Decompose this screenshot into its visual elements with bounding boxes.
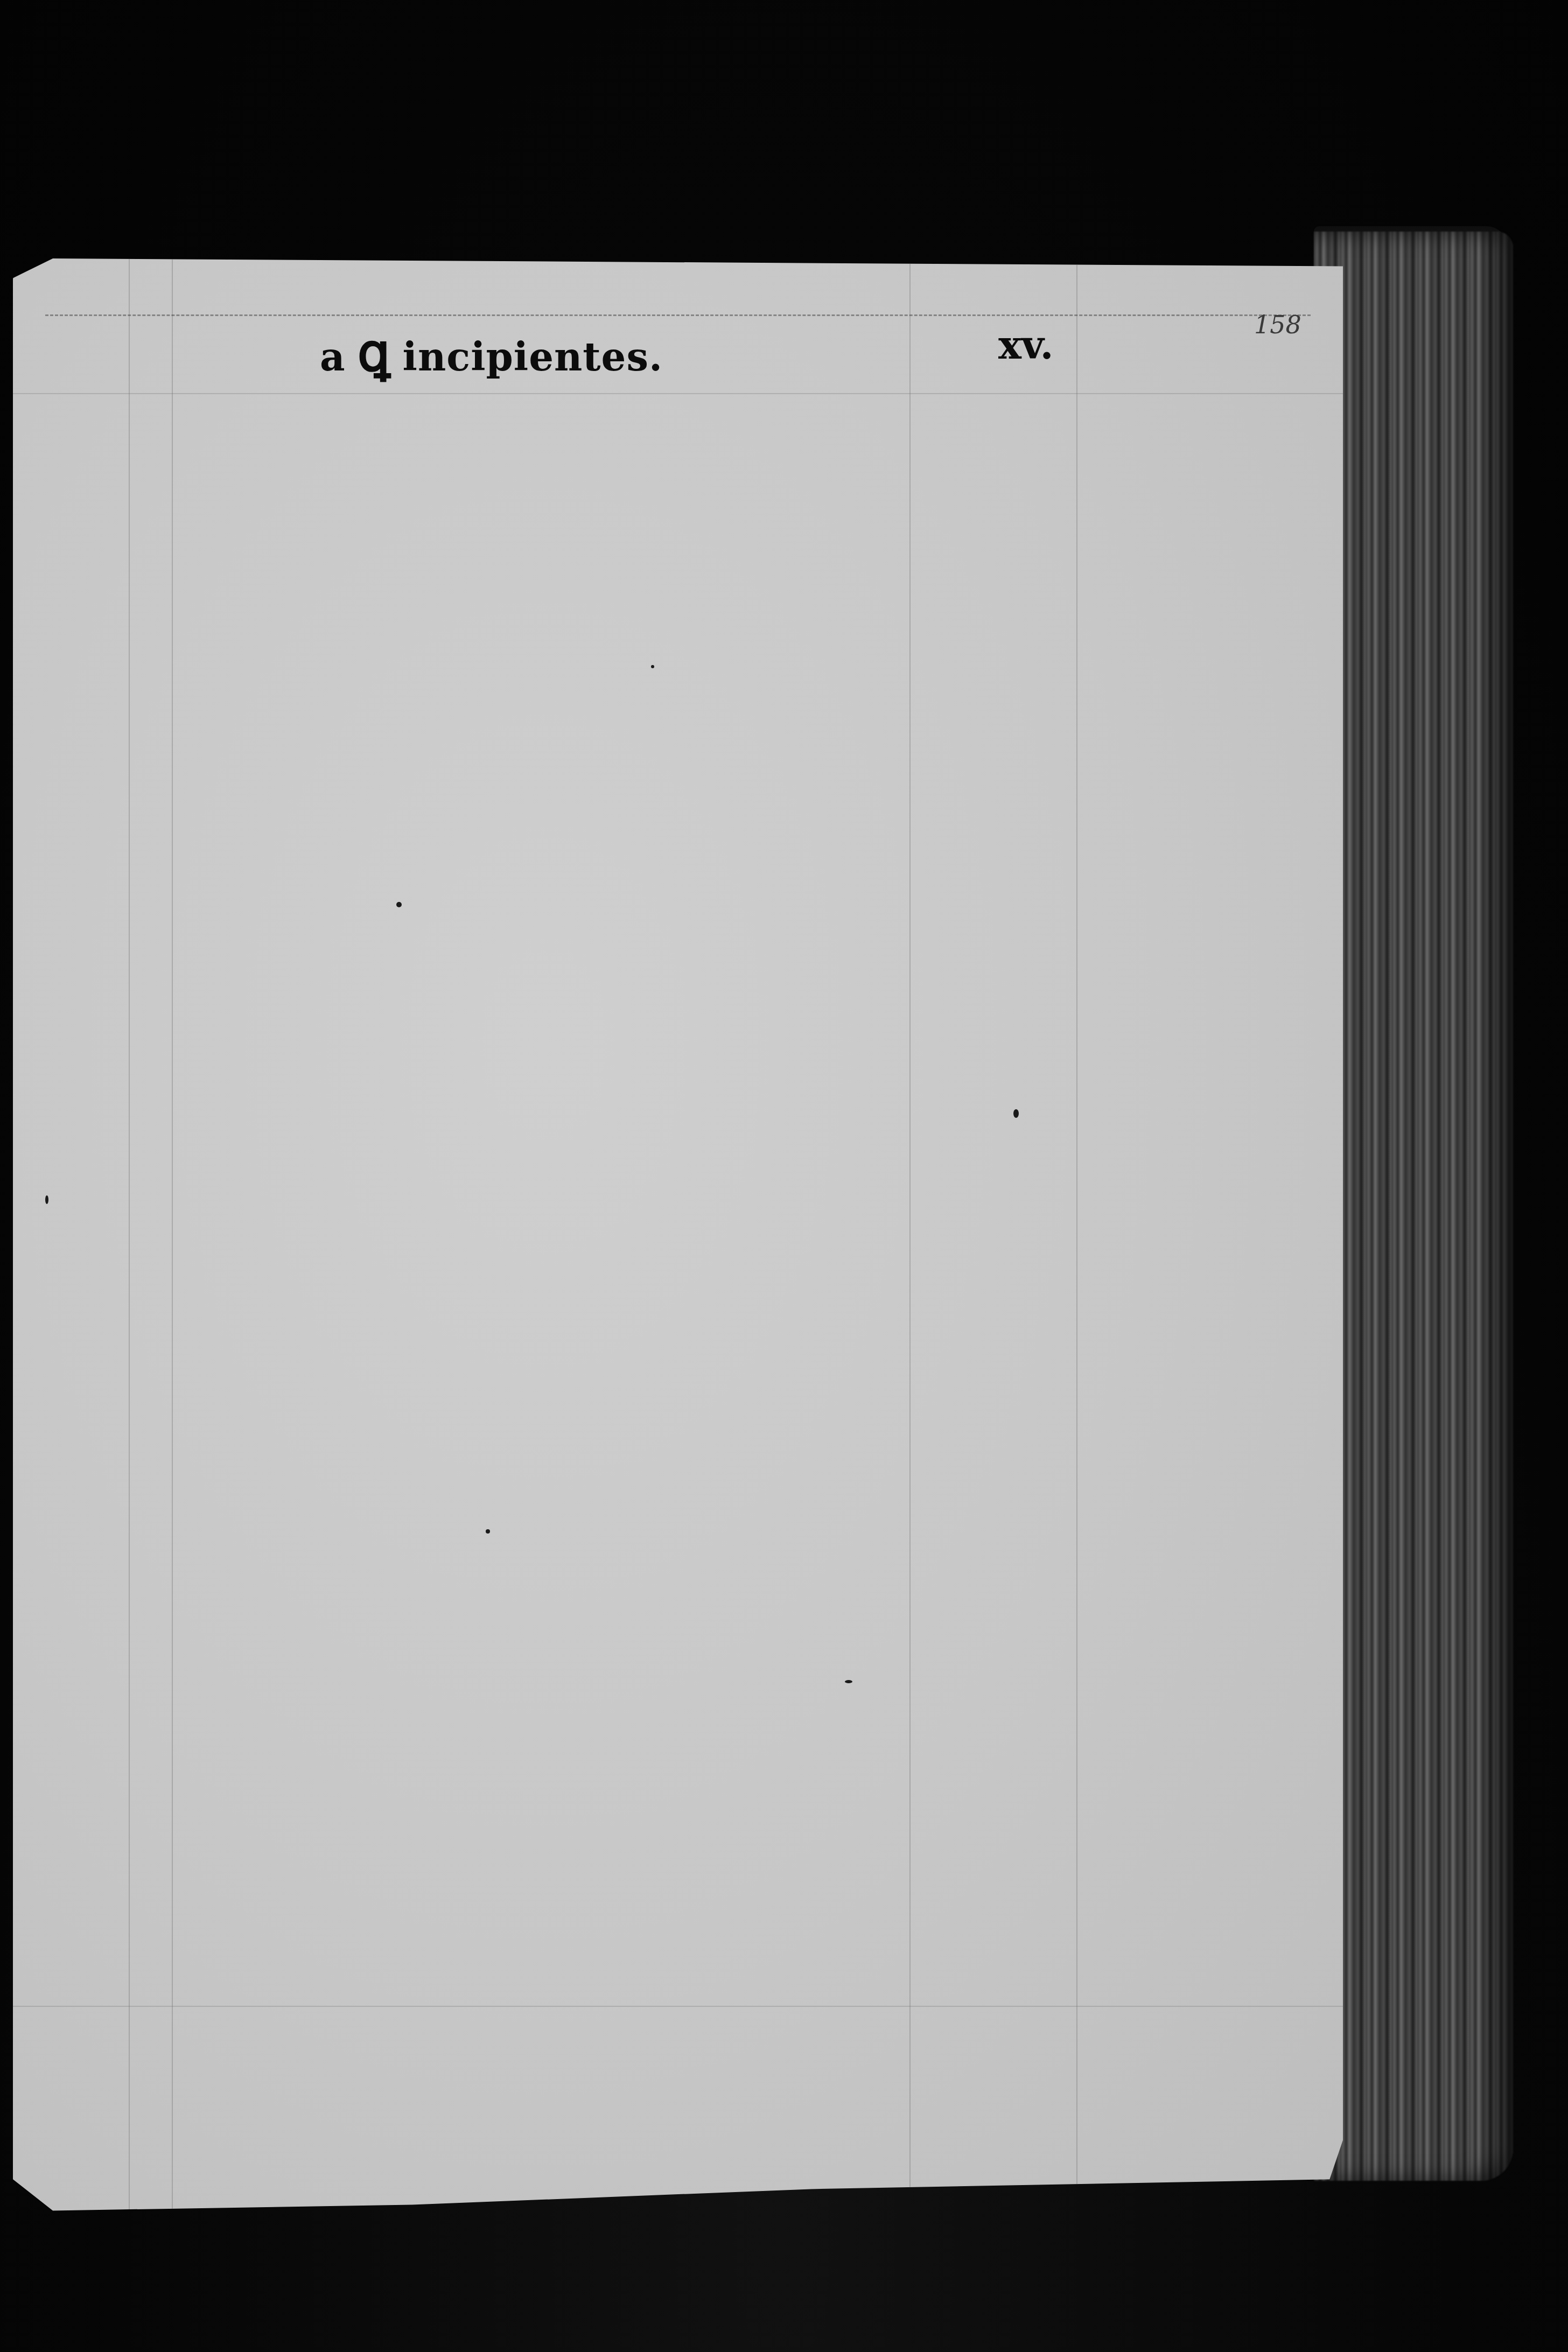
paper-speck xyxy=(1013,1109,1019,1118)
running-head: aꝗincipientes. xyxy=(320,322,663,383)
head-rule xyxy=(13,393,1343,394)
running-head-prefix: a xyxy=(320,334,346,380)
running-head-initial: ꝗ xyxy=(358,322,391,383)
margin-rule-left-outer xyxy=(129,258,130,2218)
fore-edge-page-stack xyxy=(1314,232,1513,2181)
manuscript-folio-number: 158 xyxy=(1254,310,1301,339)
header-guide-line xyxy=(45,314,1311,316)
paper-speck xyxy=(486,1529,490,1534)
paper-speck xyxy=(845,1680,852,1683)
margin-rule-left-inner xyxy=(172,258,173,2218)
foot-rule xyxy=(13,2006,1343,2007)
running-head-word: incipientes. xyxy=(403,334,663,380)
paper-speck xyxy=(651,665,654,668)
printed-folio-number: xv. xyxy=(998,322,1054,368)
paper-speck xyxy=(396,902,402,907)
book-page: aꝗincipientes. xv. 158 xyxy=(13,258,1343,2218)
paper-speck xyxy=(45,1195,48,1204)
column-rule-right xyxy=(1076,258,1077,2218)
column-rule-middle xyxy=(909,258,911,2218)
